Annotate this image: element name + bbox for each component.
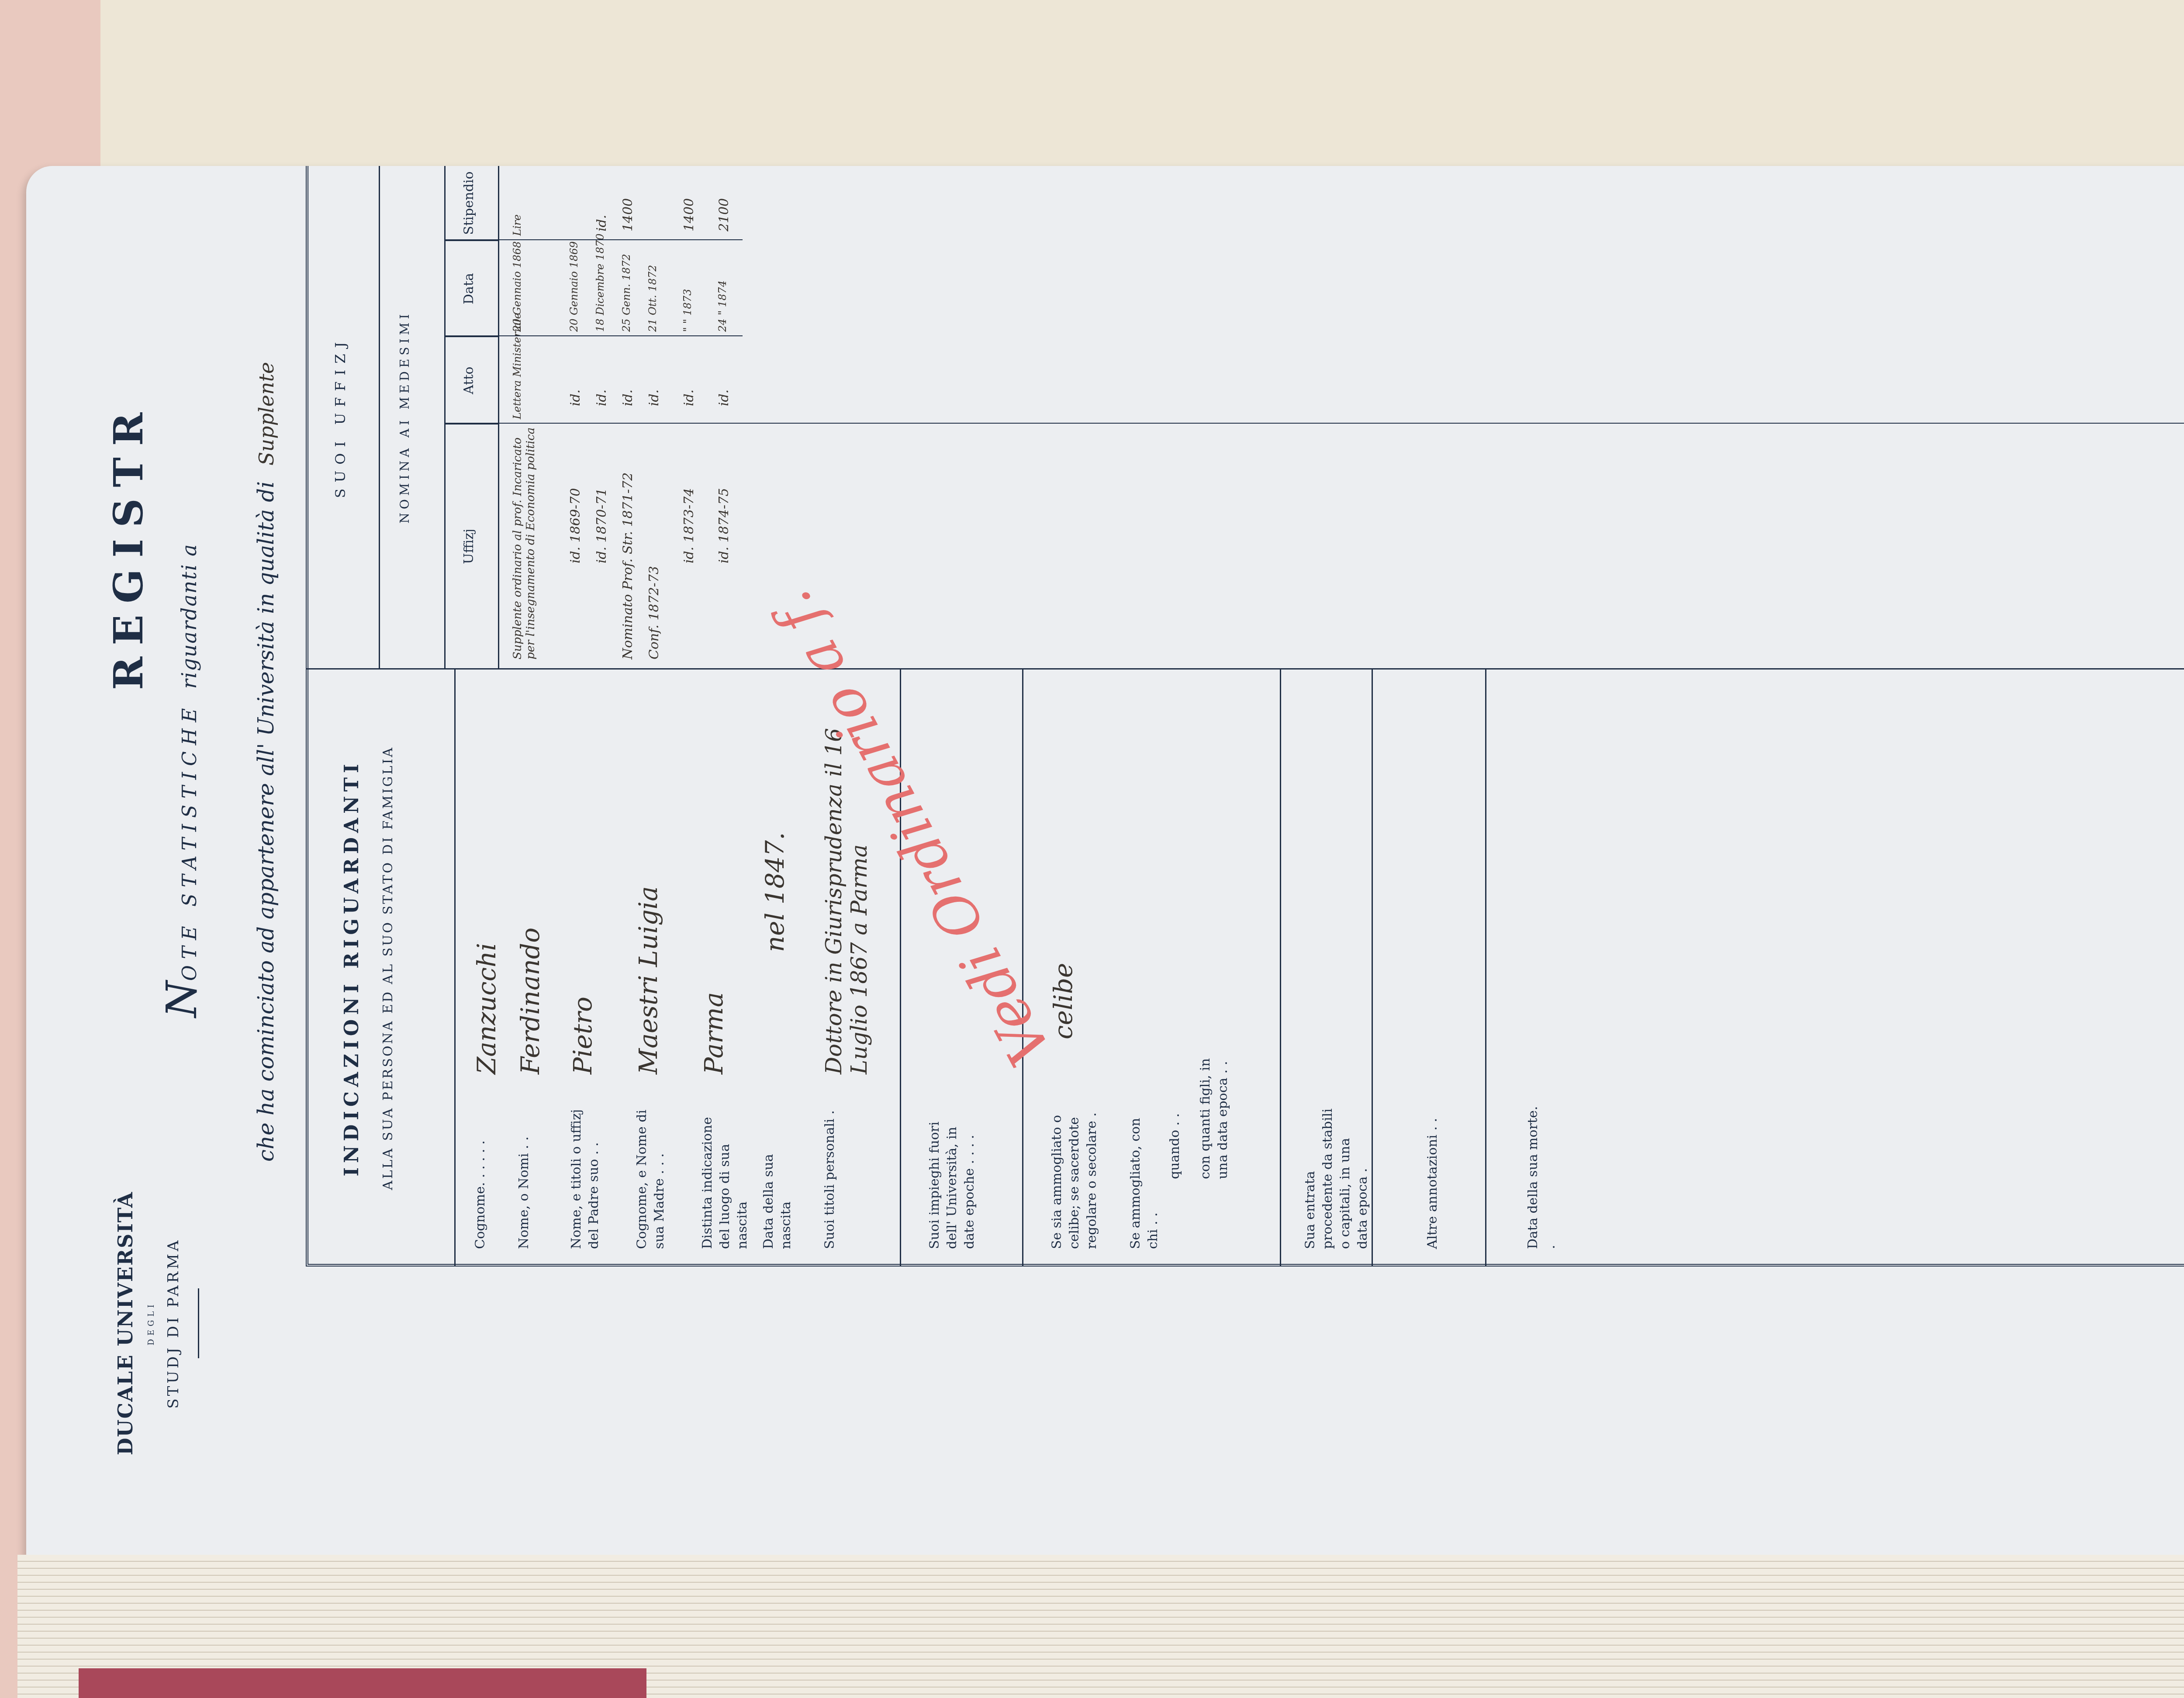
offices-table: SUOI UFFIZJ NOMINA AI MEDESIMI Uffizj At… bbox=[306, 166, 2184, 668]
nomina-heading: NOMINA AI MEDESIMI bbox=[380, 166, 446, 668]
brace-divider bbox=[1372, 670, 1373, 1267]
personal-info-subheading: ALLA SUA PERSONA ED AL SUO STATO DI FAMI… bbox=[380, 670, 396, 1267]
value: celibe bbox=[1048, 646, 1078, 1039]
institution-header: DUCALE UNIVERSITÀ DEGLI STUDJ DI PARMA bbox=[114, 1157, 199, 1489]
register-title: REGISTR bbox=[105, 401, 152, 690]
offices-heading: SUOI UFFIZJ bbox=[306, 166, 380, 668]
entry-data: 20 Gennaio 1868 bbox=[511, 241, 523, 332]
value: Pietro bbox=[568, 681, 598, 1074]
note-statistiche: STATISTICHE bbox=[179, 702, 201, 907]
register-page: DUCALE UNIVERSITÀ DEGLI STUDJ DI PARMA R… bbox=[26, 166, 2184, 1563]
note-rest: OTE bbox=[179, 920, 201, 981]
label: Data della sua nascita bbox=[760, 1105, 795, 1249]
label: Sua entrata procedente da stabili o capi… bbox=[1302, 1105, 1372, 1249]
col-atto: Atto bbox=[446, 336, 498, 424]
entry-data: 24 " 1874 bbox=[716, 280, 729, 332]
institution-line1: DUCALE UNIVERSITÀ bbox=[114, 1157, 137, 1489]
register-subtitle: che ha cominciato ad appartenere all' Un… bbox=[253, 362, 279, 1162]
entry-atto: id. bbox=[681, 390, 697, 406]
entry-atto: id. bbox=[620, 390, 636, 406]
entry-uffizj: id. 1870-71 bbox=[594, 488, 609, 563]
entry-uffizj: id. 1873-74 bbox=[681, 488, 697, 563]
column-header-divider bbox=[498, 166, 499, 668]
entry-atto: id. bbox=[568, 390, 583, 406]
entry-uffizj: Conf. 1872-73 bbox=[646, 566, 662, 659]
subtitle-text: che ha cominciato ad appartenere all' Un… bbox=[253, 481, 279, 1162]
brace-divider bbox=[1280, 670, 1281, 1267]
entry-stipendio: id. bbox=[594, 215, 609, 231]
column-divider bbox=[446, 335, 743, 336]
column-divider bbox=[446, 423, 2184, 424]
note-tail: riguardanti a bbox=[177, 543, 201, 689]
institution-line2: DEGLI bbox=[147, 1157, 156, 1489]
entry-stipendio: 1400 bbox=[681, 198, 697, 231]
label: Cognome, e Nome di sua Madre . . . bbox=[633, 1105, 668, 1249]
entry-stipendio: 2100 bbox=[716, 198, 732, 231]
label: Se ammogliato, con chi . . bbox=[1127, 1105, 1162, 1249]
value: Ferdinando bbox=[515, 681, 545, 1074]
value: Maestri Luigia bbox=[633, 681, 663, 1074]
entry-data: 20 Gennaio 1869 bbox=[568, 241, 580, 332]
label: Suoi titoli personali . bbox=[821, 1105, 839, 1249]
institution-line3: STUDJ DI PARMA bbox=[165, 1157, 182, 1489]
col-stipendio: Stipendio bbox=[446, 166, 498, 240]
entry-uffizj: id. 1869-70 bbox=[568, 488, 583, 563]
column-divider bbox=[446, 239, 743, 240]
note-heading: NOTE STATISTICHE riguardanti a bbox=[157, 543, 206, 1018]
entry-data: 25 Genn. 1872 bbox=[620, 254, 632, 332]
entry-uffizj: Supplente ordinario al prof. Incaricato … bbox=[511, 424, 537, 659]
book-binding bbox=[79, 1668, 646, 1698]
personal-info-table: INDICAZIONI RIGUARDANTI ALLA SUA PERSONA… bbox=[306, 668, 2184, 1267]
entry-atto: id. bbox=[716, 390, 732, 406]
entry-data: 21 Ott. 1872 bbox=[646, 265, 659, 332]
entry-data: " " 1873 bbox=[681, 289, 694, 332]
header-divider bbox=[454, 670, 456, 1267]
entry-uffizj: Nominato Prof. Str. 1871-72 bbox=[620, 473, 636, 659]
label: quando . . bbox=[1166, 1035, 1184, 1179]
personal-info-header: INDICAZIONI RIGUARDANTI ALLA SUA PERSONA… bbox=[306, 670, 454, 1267]
entry-stipendio: Lire bbox=[511, 214, 523, 236]
entry-uffizj: id. 1874-75 bbox=[716, 488, 732, 563]
entry-atto: id. bbox=[594, 390, 609, 406]
qualita-handwritten: Supplente bbox=[255, 362, 278, 466]
col-uffizj: Uffizj bbox=[446, 424, 498, 668]
personal-info-heading: INDICAZIONI RIGUARDANTI bbox=[341, 670, 363, 1267]
col-data: Data bbox=[446, 240, 498, 336]
value: Zanzucchi bbox=[472, 681, 501, 1074]
back-page bbox=[100, 0, 2184, 171]
brace-divider bbox=[1485, 670, 1486, 1267]
label: Suoi impieghi fuori dell' Università, in… bbox=[926, 1105, 978, 1249]
divider bbox=[198, 1288, 199, 1358]
label: Distinta indicazione del luogo di sua na… bbox=[699, 1105, 751, 1249]
note-initial: N bbox=[157, 981, 206, 1018]
value: Parma bbox=[699, 681, 729, 1074]
entry-data: 18 Dicembre 1870 bbox=[594, 234, 606, 332]
label: con quanti figli, in una data epoca . . bbox=[1197, 1035, 1232, 1179]
label: Nome, o Nomi . . bbox=[515, 1105, 533, 1249]
label: Data della sua morte. . bbox=[1524, 1105, 1559, 1249]
label: Se sia ammogliato o celibe; se sacerdote… bbox=[1048, 1105, 1101, 1249]
entry-stipendio: 1400 bbox=[620, 198, 636, 231]
label: Cognome. . . . . . bbox=[472, 1105, 489, 1249]
label: Nome, e titoli o uffizj del Padre suo . … bbox=[568, 1105, 603, 1249]
label: Altre annotazioni . . bbox=[1424, 1105, 1441, 1249]
entry-atto: id. bbox=[646, 390, 662, 406]
